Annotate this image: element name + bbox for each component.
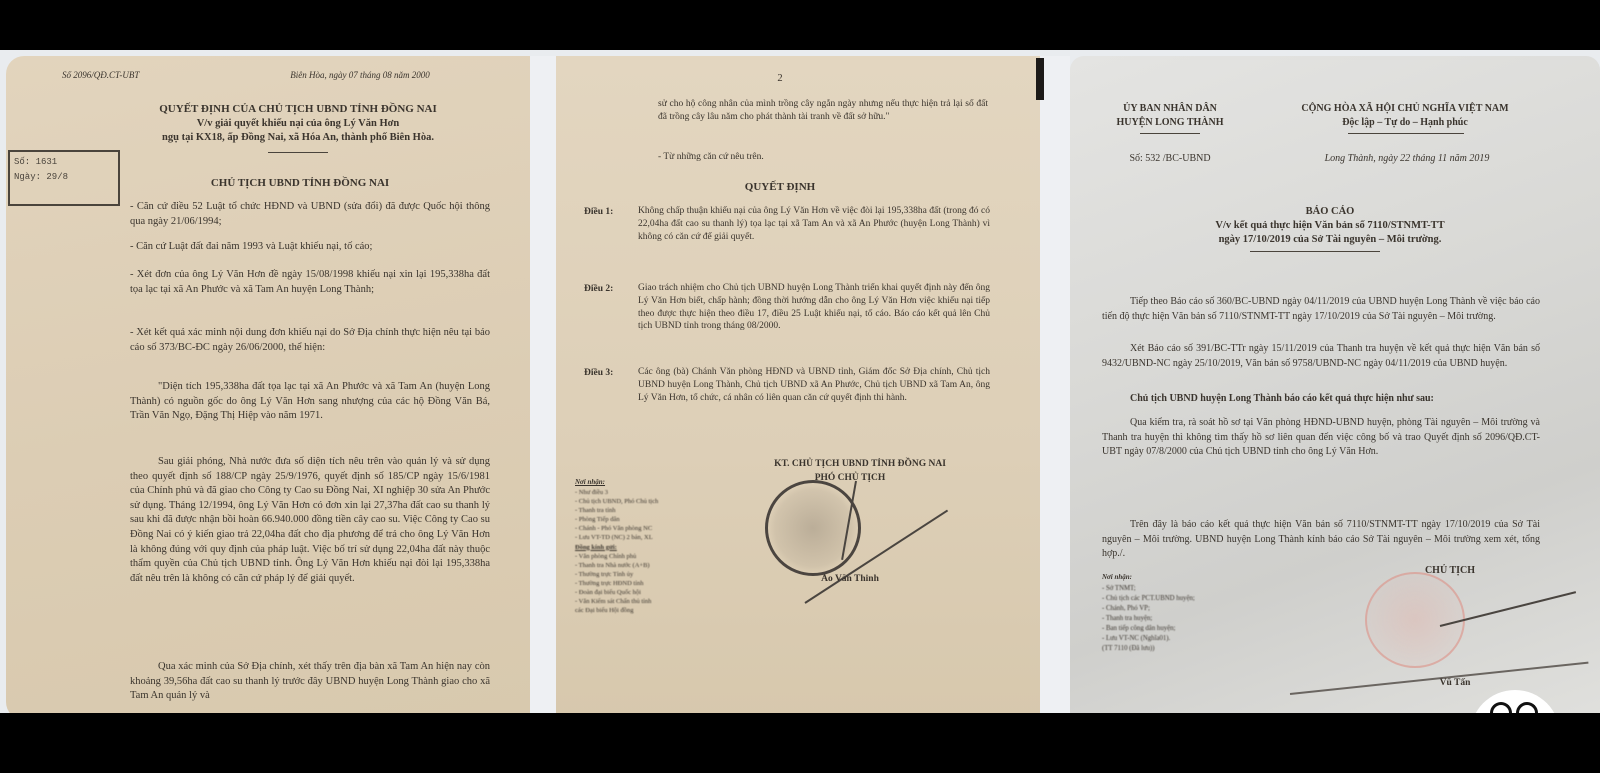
doc1-subtitle-2: ngụ tại KX18, ấp Đồng Nai, xã Hóa An, th… [118, 131, 478, 146]
doc3-paragraph: Tiếp theo Báo cáo số 360/BC-UBND ngày 04… [1102, 295, 1540, 324]
doc1-place-date: Biên Hòa, ngày 07 tháng 08 năm 2000 [255, 68, 465, 83]
doc1-paragraph: - Căn cứ Luật đất đai năm 1993 và Luật k… [130, 240, 490, 255]
recipient-item: - Lưu VT-TD (NC) 2 bản, XL [575, 533, 715, 542]
doc2-recipients-title: Nơi nhận: [575, 478, 675, 487]
recipient-item: - Văn Kiểm sát Chấn thủ tỉnh [575, 597, 715, 606]
recipient-item: - Chánh - Phó Văn phòng NC [575, 524, 715, 533]
doc2-intro: sử cho hộ công nhân của mình trồng cây n… [658, 98, 988, 123]
photo-divider [530, 56, 556, 720]
doc2-recipients-list: - Như điều 3 - Chủ tịch UBND, Phó Chủ tị… [575, 488, 715, 615]
doc2-page-number: 2 [770, 72, 790, 87]
photo-edge-shadow [1036, 58, 1044, 100]
doc2-article-text: Giao trách nhiệm cho Chủ tịch UBND huyện… [638, 282, 990, 333]
doc1-paragraph: - Xét kết quả xác minh nội dung đơn khiế… [130, 326, 490, 355]
recipient-item: - Thường trực HĐND tỉnh [575, 579, 715, 588]
doc2-article-label: Điều 3: [584, 366, 636, 381]
photo-divider [1040, 56, 1070, 720]
recipient-item: - Lưu VT-NC (Nghĩa01). [1102, 634, 1252, 644]
recipient-item: - Chánh, Phó VP; [1102, 604, 1252, 614]
doc3-header-left-2: HUYỆN LONG THÀNH [1100, 116, 1240, 131]
recipient-item: - Chủ tịch các PCT.UBND huyện; [1102, 594, 1252, 604]
doc1-paragraph: - Căn cứ điều 52 Luật tổ chức HĐND và UB… [130, 200, 490, 229]
recipient-item: - Như điều 3 [575, 488, 715, 497]
divider-rule [1250, 251, 1380, 252]
recipient-item: - Văn phòng Chính phủ [575, 552, 715, 561]
divider-rule [1140, 133, 1200, 134]
recipient-item: - Thường trực Tỉnh ủy [575, 570, 715, 579]
bottom-frame [0, 713, 1600, 773]
doc1-paragraph: Sau giải phóng, Nhà nước đưa số diện tíc… [130, 455, 490, 586]
doc2-article-text: Các ông (bà) Chánh Văn phòng HĐND và UBN… [638, 366, 990, 404]
doc3-subtitle-1: V/v kết quả thực hiện Văn bản số 7110/ST… [1160, 219, 1500, 234]
recipient-item: - Thanh tra Nhà nước (A+B) [575, 561, 715, 570]
divider-rule [1348, 133, 1464, 134]
receipt-stamp: Số: 1631 Ngày: 29/8 [8, 150, 120, 206]
doc3-paragraph: Trên đây là báo cáo kết quả thực hiện Vă… [1102, 518, 1540, 562]
recipient-item: - Phòng Tiếp dân [575, 515, 715, 524]
recipient-item: - Đoàn đại biểu Quốc hội [575, 588, 715, 597]
recipient-item: các Đại biểu Hội đồng [575, 606, 715, 615]
doc3-paragraph: Xét Báo cáo số 391/BC-TTr ngày 15/11/201… [1102, 342, 1540, 371]
doc3-header-left-1: ỦY BAN NHÂN DÂN [1100, 102, 1240, 117]
doc3-signer: Vũ Tấn [1425, 676, 1485, 691]
recipient-item: - Thanh tra tỉnh [575, 506, 715, 515]
recipient-item: - Thanh tra huyện; [1102, 614, 1252, 624]
receipt-number: Số: 1631 [14, 155, 114, 170]
doc1-authority: CHỦ TỊCH UBND TỈNH ĐỒNG NAI [150, 176, 450, 191]
doc2-intro-note: - Từ những căn cứ nêu trên. [658, 150, 858, 165]
doc3-recipients-title: Nơi nhận: [1102, 573, 1202, 582]
doc1-paragraph: - Xét đơn của ông Lý Văn Hơn đề ngày 15/… [130, 268, 490, 297]
doc3-bold-line: Chủ tịch UBND huyện Long Thành báo cáo k… [1102, 392, 1540, 407]
doc2-article-label: Điều 2: [584, 282, 636, 297]
doc3-recipients-list: - Sở TNMT; - Chủ tịch các PCT.UBND huyện… [1102, 584, 1252, 654]
doc1-number: Số 2096/QĐ.CT-UBT [62, 68, 192, 83]
doc2-article-text: Không chấp thuận khiếu nại của ông Lý Vă… [638, 205, 990, 243]
recipient-item: Đồng kính gửi: [575, 543, 715, 552]
recipient-item: (TT 7110 (Đã lưu)) [1102, 644, 1252, 654]
doc2-signer: Ao Văn Thinh [805, 572, 895, 587]
recipient-item: - Sở TNMT; [1102, 584, 1252, 594]
doc1-subtitle-1: V/v giải quyết khiếu nại của ông Lý Văn … [118, 117, 478, 132]
doc2-signature-line-1: KT. CHỦ TỊCH UBND TỈNH ĐỒNG NAI [740, 457, 980, 472]
doc3-header-right-1: CỘNG HÒA XÃ HỘI CHỦ NGHĨA VIỆT NAM [1255, 102, 1555, 117]
doc3-paragraph: Qua kiểm tra, rà soát hồ sơ tại Văn phòn… [1102, 416, 1540, 460]
divider-rule [268, 152, 328, 153]
doc3-number: Số: 532 /BC-UBND [1105, 152, 1235, 167]
recipient-item: - Chủ tịch UBND, Phó Chủ tịch [575, 497, 715, 506]
doc2-article-label: Điều 1: [584, 205, 636, 220]
doc3-header-right-2: Độc lập – Tự do – Hạnh phúc [1255, 116, 1555, 131]
receipt-date: Ngày: 29/8 [14, 170, 114, 185]
doc3-subtitle-2: ngày 17/10/2019 của Sở Tài nguyên – Môi … [1160, 233, 1500, 248]
doc3-place-date: Long Thành, ngày 22 tháng 11 năm 2019 [1262, 152, 1552, 167]
doc1-paragraph: "Diện tích 195,338ha đất tọa lạc tại xã … [130, 380, 490, 424]
doc1-paragraph: Qua xác minh của Sở Địa chính, xét thấy … [130, 660, 490, 704]
doc1-title: QUYẾT ĐỊNH CỦA CHỦ TỊCH UBND TỈNH ĐỒNG N… [118, 102, 478, 117]
doc3-title: BÁO CÁO [1190, 205, 1470, 220]
doc2-title: QUYẾT ĐỊNH [700, 180, 860, 195]
official-seal-icon [1365, 572, 1465, 668]
recipient-item: - Ban tiếp công dân huyện; [1102, 624, 1252, 634]
